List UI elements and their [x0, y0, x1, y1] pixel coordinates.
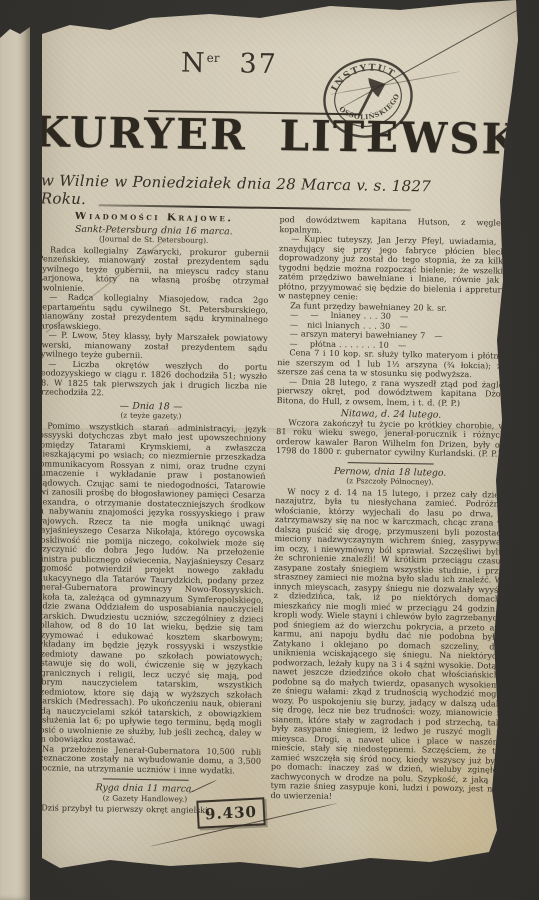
column-heading: Wiadomości Krajowe.: [38, 211, 269, 224]
column-body: Radca kollegialny Zawarycki, prokuror gu…: [37, 245, 269, 296]
stamp-bottom-text: OSSOLIŃSKIEGO: [336, 91, 405, 128]
svg-text:OSSOLIŃSKIEGO: OSSOLIŃSKIEGO: [336, 91, 405, 128]
issue-number: Ner37: [181, 48, 278, 81]
binding-strip: [0, 0, 30, 900]
section-divider: [347, 462, 433, 464]
column-body: Pomimo wszystkich starań administracyi, …: [30, 421, 266, 748]
issue-prefix: N: [181, 48, 207, 79]
column-body: W nocy z d. 14 na 15 lutego, i przez cał…: [270, 487, 504, 804]
paper-crease: [40, 428, 518, 435]
column-body: — Liczba okrętów weszłych do portu Teodo…: [36, 359, 268, 401]
column-body: Wczora zakończył tu życie po krótkiey ch…: [276, 418, 506, 460]
text-columns: Wiadomości Krajowe.Sankt-Petersburg dnia…: [28, 211, 508, 874]
column-body: — P. Lwow, 5tey klassy, były Marszałek p…: [36, 330, 267, 362]
scanned-newspaper: Ner37 KURYER LITEWSKI w Wilnie w Poniedz…: [0, 0, 539, 900]
newspaper-page: Ner37 KURYER LITEWSKI w Wilnie w Poniedz…: [40, 0, 518, 878]
left-column: Wiadomości Krajowe.Sankt-Petersburg dnia…: [28, 211, 269, 871]
column-body: Na przełożenie Jenerał-Gubernatora 10,50…: [30, 744, 261, 776]
masthead-title: KURYER LITEWSKI: [33, 107, 520, 164]
page-content: Ner37 KURYER LITEWSKI w Wilnie w Poniedz…: [26, 0, 518, 881]
column-body: — Kupiec tuteyszy, Jan Jerzy Pfeyl, uwia…: [278, 234, 508, 304]
section-divider: [102, 778, 188, 780]
issue-number-value: 37: [239, 48, 278, 80]
inventory-number: 9.430: [205, 803, 258, 824]
issue-ordinal-sup: er: [207, 51, 220, 65]
right-column: pod dowództwem kapitana Hutson, z węglem…: [269, 215, 508, 875]
column-body: — Dnia 28 lutego, z rana wyszedł ztąd po…: [277, 377, 506, 409]
column-body: Cena 7 i 10 kop. sr. służy tylko materyo…: [277, 348, 506, 380]
inventory-number-stamp: 9.430: [196, 797, 265, 829]
